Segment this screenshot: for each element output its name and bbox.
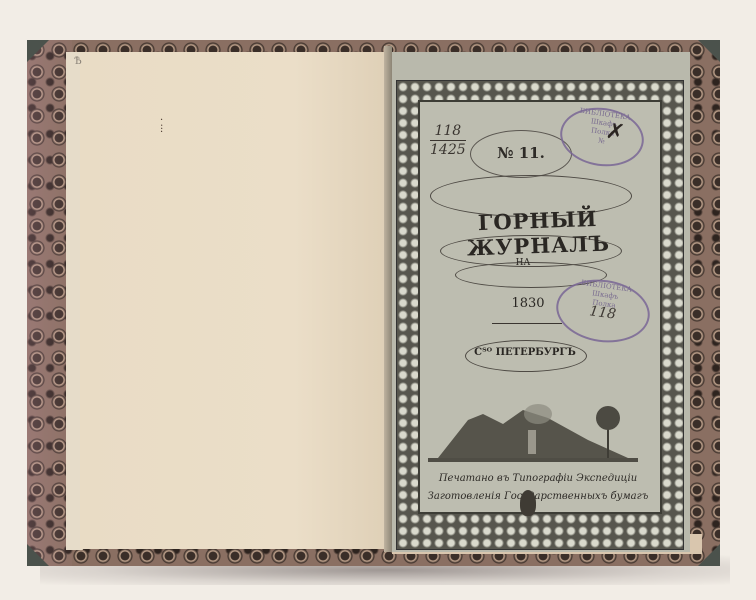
publication-year: 1830 bbox=[508, 296, 548, 311]
landscape-vignette bbox=[428, 400, 638, 464]
preposition: НА bbox=[508, 258, 538, 268]
imprint-line-1: Печатано въ Типографіи Экспедиціи bbox=[418, 470, 658, 488]
blank-left-page bbox=[80, 52, 386, 549]
ink-specks: ·:· bbox=[160, 118, 163, 136]
catalog-number: 118 1425 bbox=[430, 122, 466, 159]
book-gutter bbox=[384, 46, 392, 552]
catalog-number-bottom: 1425 bbox=[430, 141, 466, 159]
journal-title: ГОРНЫЙ ЖУРНАЛЪ bbox=[419, 204, 657, 262]
catalog-number-top: 118 bbox=[430, 122, 466, 141]
cover-corner-top-right bbox=[698, 40, 720, 62]
imprint-line-2: Заготовленія Государственныхъ бумагъ bbox=[418, 488, 658, 506]
printer-imprint: Печатано въ Типографіи Экспедиціи Загото… bbox=[418, 470, 658, 506]
owl-emblem-icon bbox=[520, 490, 536, 516]
issue-number: № 11. bbox=[491, 144, 551, 162]
publication-city: Сᵀᴼ ПЕТЕРБУРГЪ bbox=[465, 347, 585, 358]
ornamental-divider bbox=[492, 323, 562, 324]
pencil-mark: Ѣ bbox=[74, 56, 82, 67]
